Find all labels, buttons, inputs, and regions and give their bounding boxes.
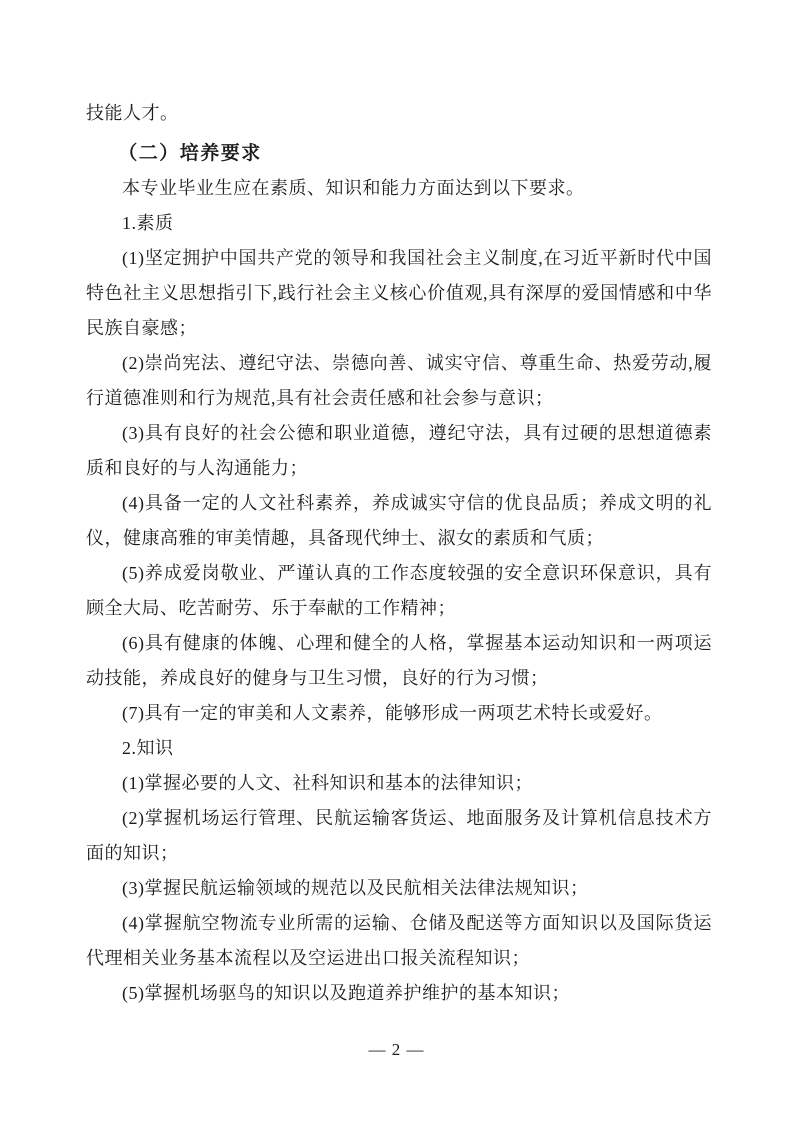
- quality-item-5: (5)养成爱岗敬业、严谨认真的工作态度较强的安全意识环保意识，具有顾全大局、吃苦…: [86, 556, 712, 626]
- quality-item-2: (2)崇尚宪法、遵纪守法、崇德向善、诚实守信、尊重生命、热爱劳动,履行道德准则和…: [86, 346, 712, 416]
- knowledge-item-4: (4)掌握航空物流专业所需的运输、仓储及配送等方面知识以及国际货运代理相关业务基…: [86, 906, 712, 976]
- page-body: 技能人才。 （二）培养要求 本专业毕业生应在素质、知识和能力方面达到以下要求。 …: [86, 96, 712, 1011]
- continuation-text: 技能人才。: [86, 96, 712, 131]
- quality-item-4: (4)具备一定的人文社科素养，养成诚实守信的优良品质；养成文明的礼仪，健康高雅的…: [86, 486, 712, 556]
- quality-item-1: (1)坚定拥护中国共产党的领导和我国社会主义制度,在习近平新时代中国特色社主义思…: [86, 241, 712, 346]
- knowledge-item-1: (1)掌握必要的人文、社科知识和基本的法律知识；: [86, 766, 712, 801]
- knowledge-item-5: (5)掌握机场驱鸟的知识以及跑道养护维护的基本知识；: [86, 976, 712, 1011]
- section-heading: （二）培养要求: [86, 136, 712, 171]
- section-intro: 本专业毕业生应在素质、知识和能力方面达到以下要求。: [86, 171, 712, 206]
- page-number: — 2 —: [0, 1040, 793, 1060]
- quality-item-6: (6)具有健康的体魄、心理和健全的人格，掌握基本运动知识和一两项运动技能，养成良…: [86, 626, 712, 696]
- quality-list-title: 1.素质: [86, 206, 712, 241]
- quality-item-7: (7)具有一定的审美和人文素养，能够形成一两项艺术特长或爱好。: [86, 696, 712, 731]
- quality-item-3: (3)具有良好的社会公德和职业道德，遵纪守法，具有过硬的思想道德素质和良好的与人…: [86, 416, 712, 486]
- document-page: 技能人才。 （二）培养要求 本专业毕业生应在素质、知识和能力方面达到以下要求。 …: [0, 0, 793, 1122]
- knowledge-list-title: 2.知识: [86, 731, 712, 766]
- knowledge-item-2: (2)掌握机场运行管理、民航运输客货运、地面服务及计算机信息技术方面的知识；: [86, 801, 712, 871]
- knowledge-item-3: (3)掌握民航运输领域的规范以及民航相关法律法规知识；: [86, 871, 712, 906]
